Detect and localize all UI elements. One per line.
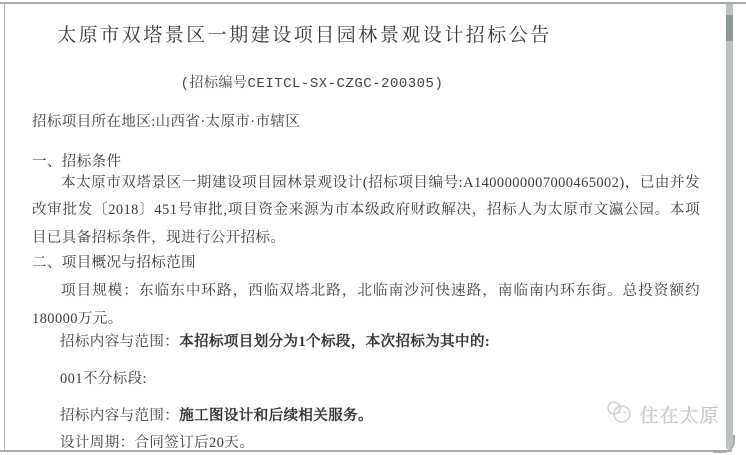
content-value: 施工图设计和后续相关服务。 (179, 408, 373, 424)
tender-number: (招标编号CEITCL-SX-CZGC-200305) (32, 71, 592, 98)
mascot-icon (604, 400, 634, 429)
period-value: 合同签订后20天。 (135, 435, 255, 451)
page-top-border (0, 2, 746, 4)
period-label: 设计周期： (60, 435, 135, 451)
project-scale-paragraph: 项目规模：东临东中环路，西临双塔北路，北临南沙河快速路，南临南内环东街。总投资额… (32, 277, 700, 333)
scope-line: 招标内容与范围：本招标项目划分为1个标段，本次招标为其中的: (60, 329, 728, 356)
lot-line: 001不分标段: (60, 366, 728, 393)
section2-heading: 二、项目概况与招标范围 (32, 250, 700, 277)
location-line: 招标项目所在地区:山西省·太原市·市辖区 (32, 109, 700, 136)
watermark-text: 住在太原 (640, 401, 720, 428)
scrollbar-thumb[interactable] (726, 15, 733, 41)
section1-paragraph: 本太原市双塔景区一期建设项目园林景观设计(招标项目编号:A14000000070… (32, 170, 700, 252)
announcement-page: 太原市双塔景区一期建设项目园林景观设计招标公告 (招标编号CEITCL-SX-C… (0, 0, 746, 455)
content-label: 招标内容与范围： (60, 408, 179, 424)
scope-label: 招标内容与范围： (60, 334, 179, 350)
page-left-border (4, 4, 5, 450)
page-title: 太原市双塔景区一期建设项目园林景观设计招标公告 (32, 22, 577, 49)
scope-value: 本招标项目划分为1个标段，本次招标为其中的: (179, 334, 490, 350)
period-line: 设计周期：合同签订后20天。 (60, 430, 728, 455)
zhuzai-taiyuan-watermark: 住在太原 (604, 400, 720, 429)
